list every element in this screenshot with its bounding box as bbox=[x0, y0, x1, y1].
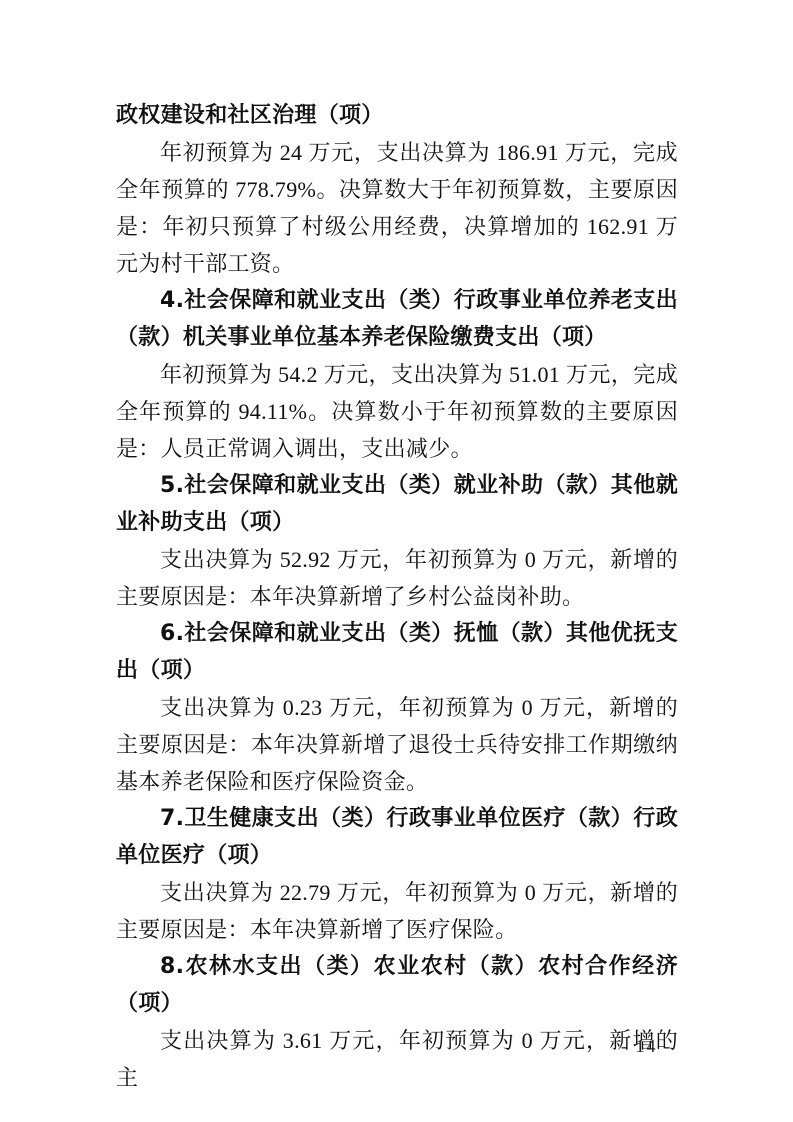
section-heading-5: 5.社会保障和就业支出（类）就业补助（款）其他就业补助支出（项） bbox=[116, 467, 678, 541]
section-paragraph: 支出决算为 52.92 万元，年初预算为 0 万元，新增的主要原因是：本年决算新… bbox=[116, 541, 678, 615]
section-paragraph: 年初预算为 54.2 万元，支出决算为 51.01 万元，完成全年预算的 94.… bbox=[116, 356, 678, 467]
document-page: 政权建设和社区治理（项） 年初预算为 24 万元，支出决算为 186.91 万元… bbox=[0, 0, 793, 1122]
section-heading-6: 6.社会保障和就业支出（类）抚恤（款）其他优抚支出（项） bbox=[116, 615, 678, 689]
section-paragraph: 支出决算为 3.61 万元，年初预算为 0 万元，新增的主 bbox=[116, 1022, 678, 1096]
section-paragraph: 支出决算为 22.79 万元，年初预算为 0 万元，新增的主要原因是：本年决算新… bbox=[116, 874, 678, 948]
section-heading-7: 7.卫生健康支出（类）行政事业单位医疗（款）行政单位医疗（项） bbox=[116, 800, 678, 874]
section-paragraph: 支出决算为 0.23 万元，年初预算为 0 万元，新增的主要原因是：本年决算新增… bbox=[116, 689, 678, 800]
section-paragraph: 年初预算为 24 万元，支出决算为 186.91 万元，完成全年预算的 778.… bbox=[116, 134, 678, 282]
document-content: 政权建设和社区治理（项） 年初预算为 24 万元，支出决算为 186.91 万元… bbox=[116, 97, 678, 1096]
section-heading-continued: 政权建设和社区治理（项） bbox=[116, 97, 678, 134]
page-number: - 14 - bbox=[116, 1036, 672, 1057]
section-heading-4: 4.社会保障和就业支出（类）行政事业单位养老支出（款）机关事业单位基本养老保险缴… bbox=[116, 282, 678, 356]
section-heading-8: 8.农林水支出（类）农业农村（款）农村合作经济（项） bbox=[116, 948, 678, 1022]
